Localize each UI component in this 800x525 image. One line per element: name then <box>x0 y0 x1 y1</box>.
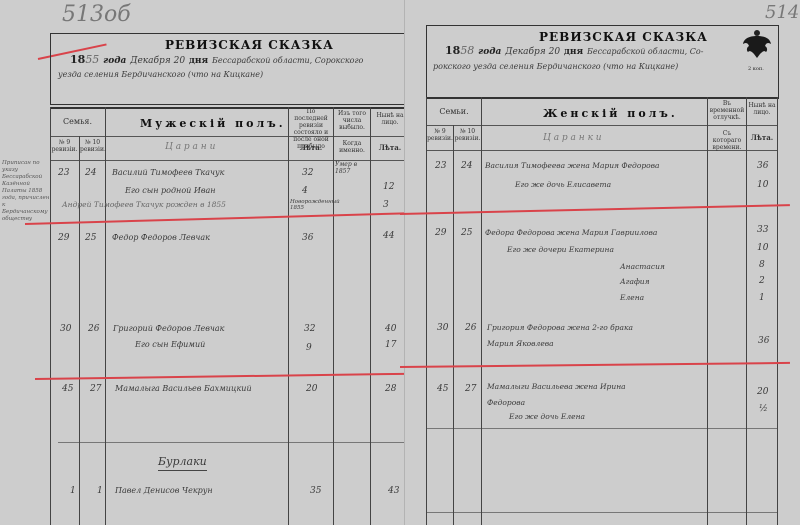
now-cell: 3 <box>383 200 389 210</box>
rev10-cell: 27 <box>465 384 476 394</box>
dnya-label: дня <box>189 56 208 66</box>
now-cell: 28 <box>385 384 396 394</box>
dropped-cell: Умер в 1857 <box>335 161 369 175</box>
place-line-1: Бессарабской области, Сорокского <box>212 56 363 65</box>
age-cell: 32 <box>304 324 315 334</box>
col-rule <box>79 136 80 525</box>
header-when-dropped: Когда именно. <box>334 140 370 154</box>
age-cell: 20 <box>306 384 317 394</box>
name-cell: Мамалыги Васильева жена Ирина <box>487 382 626 391</box>
name-cell: Григорий Федоров Левчак <box>113 324 224 333</box>
header-tsarany: Ц а р а н и <box>165 142 215 152</box>
dnya-label: дня <box>564 47 583 57</box>
header-rev9: № 9 ревизіи. <box>51 139 78 153</box>
col-rule <box>50 107 51 525</box>
now-cell: 44 <box>383 231 394 241</box>
age-cell: 36 <box>302 233 313 243</box>
header-dropped: Изъ того числа выбыло. <box>334 110 370 131</box>
name-cell: Агафия <box>620 277 650 286</box>
col-rule <box>426 97 427 525</box>
name-cell: Федор Федоров Левчак <box>112 233 210 242</box>
name-cell: Его же дочь Елена <box>509 412 585 421</box>
name-cell: Его сын родной Иван <box>125 186 216 195</box>
rev10-cell: 25 <box>85 233 96 243</box>
section-rule <box>58 442 410 443</box>
rev9-cell: 45 <box>437 384 448 394</box>
rev9-cell: 29 <box>435 228 446 238</box>
page-title: РЕВИЗСКАЯ СКАЗКА <box>165 38 334 52</box>
rev10-cell: 1 <box>97 486 103 496</box>
table-top-rule <box>426 97 777 99</box>
name-cell: Василия Тимофеева жена Мария Федорова <box>485 161 659 170</box>
header-family: Семьи. <box>429 108 479 115</box>
age-cell: 9 <box>306 343 312 353</box>
header-rev10: № 10 ревизіи. <box>454 128 481 142</box>
row-rule <box>426 428 777 429</box>
col-rule <box>105 107 106 525</box>
date: Декабря 20 <box>130 56 185 66</box>
place-line-2: рокского уезда селения Бердичанского (чт… <box>433 62 678 71</box>
header-mid-rule <box>426 125 777 126</box>
header-now-years: Лѣта. <box>747 134 777 141</box>
year: 1855 года Декабря 20 дня Бессарабской об… <box>70 53 363 66</box>
now-cell: 2 <box>759 276 765 286</box>
goda-label: года <box>103 56 126 66</box>
age-cell: 4 <box>302 186 308 196</box>
now-cell: ½ <box>759 404 768 414</box>
now-cell: 8 <box>759 260 765 270</box>
now-cell: 20 <box>757 387 768 397</box>
year: 1858 года Декабря 20 дня Бессарабской об… <box>445 44 703 57</box>
col-rule <box>481 97 482 525</box>
rev10-cell: 25 <box>461 228 472 238</box>
age-cell: Новорожденный 1855 <box>290 199 332 211</box>
header-family: Семья. <box>55 118 100 125</box>
header-rev10: № 10 ревизіи. <box>80 139 105 153</box>
rev10-cell: 24 <box>85 168 96 178</box>
header-tsaranki: Ц а р а н к и <box>543 133 602 143</box>
rev9-cell: 45 <box>62 384 73 394</box>
red-divider-line <box>400 362 790 368</box>
header-rev9: № 9 ревизіи. <box>427 128 453 142</box>
now-cell: 1 <box>759 293 765 303</box>
now-cell: 10 <box>757 243 768 253</box>
col-rule <box>370 107 371 525</box>
goda-label: года <box>478 47 501 57</box>
now-cell: 36 <box>757 161 768 171</box>
name-cell: Анастасия <box>620 262 665 271</box>
name-cell: Андрей Тимофеев Ткачук рожден в 1855 <box>62 200 226 209</box>
col-rule <box>288 107 289 525</box>
name-cell: Григория Федорова жена 2-го брака <box>487 323 633 332</box>
rev10-cell: 26 <box>465 323 476 333</box>
name-cell: Павел Денисов Чекрун <box>115 486 213 495</box>
header-absent: Въ временной отлучкѣ. <box>708 100 746 121</box>
rev9-cell: 23 <box>435 161 446 171</box>
col-rule <box>746 97 747 525</box>
now-cell: 17 <box>385 340 396 350</box>
folio-number: 513об <box>62 2 131 27</box>
place-line-1: Бессарабской области, Со- <box>587 47 703 56</box>
margin-note: Приписан по указу Бессарабской Казённой … <box>2 160 50 223</box>
name-cell: Его же дочь Елисавета <box>515 180 611 189</box>
year-suffix: 58 <box>460 44 474 57</box>
col-rule <box>333 107 334 525</box>
table-top-rule <box>50 107 410 109</box>
date: Декабря 20 <box>505 47 560 57</box>
red-divider-line <box>400 204 790 215</box>
header-female-sex: Женскій полъ. <box>543 107 678 120</box>
folio-number: 514 <box>765 2 799 23</box>
rev9-cell: 23 <box>58 168 69 178</box>
rev9-cell: 30 <box>437 323 448 333</box>
name-cell: Мамалыга Васильев Бахмицкий <box>115 384 252 393</box>
name-cell: Федорова <box>487 398 525 407</box>
now-cell: 12 <box>383 182 394 192</box>
header-male-sex: Мужескій полъ. <box>140 117 286 130</box>
name-cell: Его сын Ефимий <box>135 340 205 349</box>
now-cell: 33 <box>757 225 768 235</box>
header-years: Лѣта. <box>289 144 333 151</box>
col-rule <box>453 125 454 525</box>
section-heading-burlaki: Бурлаки <box>158 455 207 471</box>
rev9-cell: 1 <box>70 486 76 496</box>
now-cell: 40 <box>385 324 396 334</box>
name-cell: Василий Тимофеев Ткачук <box>112 168 224 177</box>
red-divider-line <box>35 373 405 380</box>
row-rule <box>426 512 777 513</box>
col-rule <box>707 97 708 525</box>
age-cell: 35 <box>310 486 321 496</box>
double-headed-eagle-icon <box>740 28 774 62</box>
right-page: 514 РЕВИЗСКАЯ СКАЗКА 1858 года Декабря 2… <box>405 0 800 525</box>
page-title: РЕВИЗСКАЯ СКАЗКА <box>539 30 708 44</box>
red-divider-line <box>25 212 405 225</box>
stamp-value: 2 коп. <box>748 66 764 72</box>
left-page: 513об РЕВИЗСКАЯ СКАЗКА 1855 года Декабря… <box>0 0 405 525</box>
rev9-cell: 29 <box>58 233 69 243</box>
year-suffix: 55 <box>85 53 99 66</box>
rev10-cell: 24 <box>461 161 472 171</box>
rev9-cell: 30 <box>60 324 71 334</box>
now-cell: 36 <box>758 336 769 346</box>
col-rule <box>777 97 778 525</box>
now-cell: 43 <box>388 486 399 496</box>
now-cell: 10 <box>757 180 768 190</box>
year-prefix: 18 <box>70 53 85 66</box>
name-cell: Его же дочери Екатерина <box>507 245 614 254</box>
header-mid-rule <box>50 136 410 137</box>
rev10-cell: 27 <box>90 384 101 394</box>
name-cell: Мария Яковлева <box>487 339 554 348</box>
name-cell: Федора Федорова жена Мария Гавриилова <box>485 228 657 237</box>
year-prefix: 18 <box>445 44 460 57</box>
age-cell: 32 <box>302 168 313 178</box>
place-line-2: уезда селения Бердичанского (что на Кицк… <box>58 70 263 79</box>
rev10-cell: 26 <box>88 324 99 334</box>
header-now: Нынѣ на лицо. <box>747 102 777 116</box>
name-cell: Елена <box>620 293 644 302</box>
header-since: Съ котораго времени. <box>708 130 746 151</box>
